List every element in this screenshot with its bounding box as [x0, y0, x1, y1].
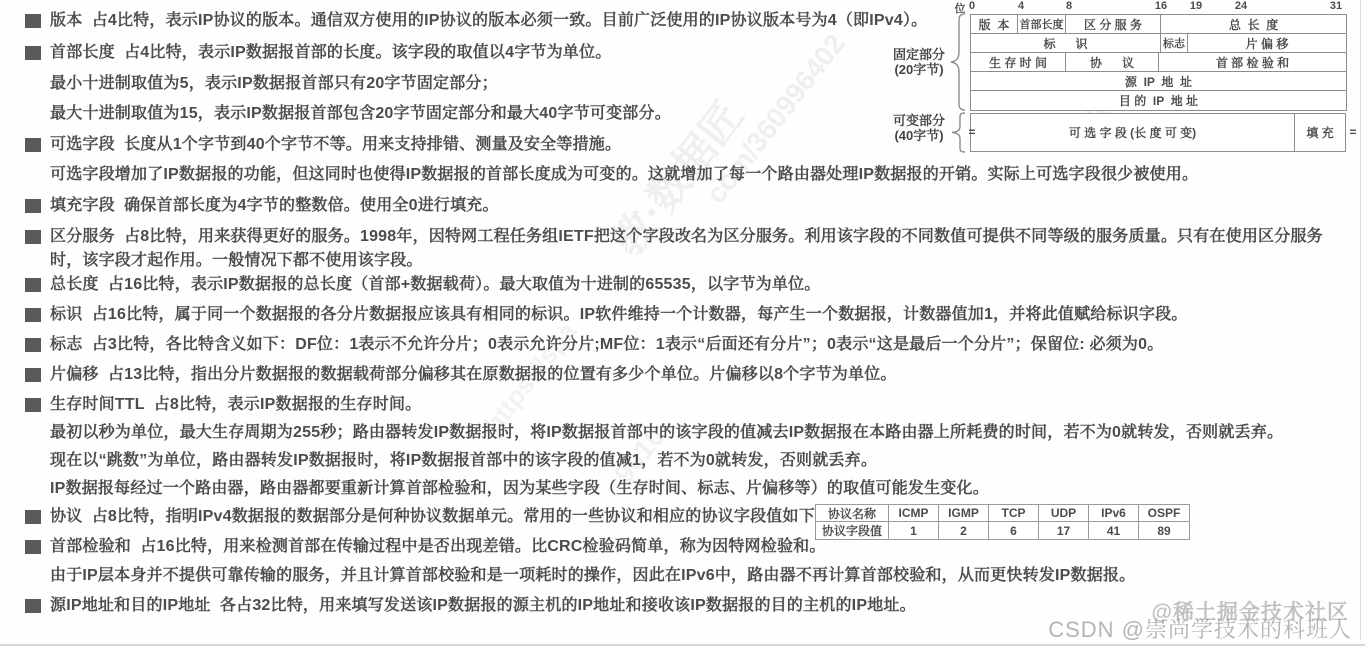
fixed-part-label: 固定部分 (20字节) [890, 47, 948, 77]
field-fragment-offset: 片 偏 移 [1188, 34, 1346, 52]
protocol-value-header: 协议字段值 [816, 522, 889, 539]
bullet-square-icon [25, 14, 41, 28]
line-text: 首部长度 占4比特，表示IP数据报首部的长度。该字段的取值以4字节为单位。 [50, 42, 611, 64]
bullet-line: 标志 占3比特，各比特含义如下：DF位：1表示不允许分片；0表示允许分片;MF位… [25, 334, 1163, 356]
bottom-divider [0, 644, 1365, 646]
header-row-4: 源 IP 地 址 [971, 72, 1346, 91]
protocol-value: 17 [1039, 522, 1089, 539]
fixed-part-label-text: 固定部分 [890, 47, 948, 62]
bullet-line: 源IP地址和目的IP地址 各占32比特，用来填写发送该IP数据报的源主机的IP地… [25, 595, 916, 617]
bullet-square-icon [25, 510, 41, 524]
protocol-name-header: 协议名称 [816, 505, 889, 522]
field-dest-ip: 目 的 IP 地 址 [971, 91, 1346, 110]
variable-part-brace-icon [950, 112, 966, 153]
variable-part-label-text: 可变部分 [890, 113, 948, 128]
protocol-table: 协议名称ICMPIGMPTCPUDPIPv6OSPF协议字段值126174189 [815, 504, 1190, 540]
line-text: IP数据报每经过一个路由器，路由器都要重新计算首部检验和，因为某些字段（生存时间… [50, 478, 989, 500]
bullet-square-icon [25, 368, 41, 382]
line-text: 最小十进制取值为5，表示IP数据报首部只有20字节固定部分； [50, 73, 498, 95]
bullet-square-icon [25, 338, 41, 352]
continuation-line: 最小十进制取值为5，表示IP数据报首部只有20字节固定部分； [25, 73, 498, 95]
field-version: 版 本 [971, 15, 1018, 33]
bit-tick-8: 8 [1066, 0, 1072, 12]
protocol-name: ICMP [889, 505, 939, 522]
protocol-value: 2 [939, 522, 989, 539]
header-row-1: 版 本 首部长度 区 分 服 务 总 长 度 [971, 15, 1346, 34]
field-source-ip: 源 IP 地 址 [971, 72, 1346, 90]
line-text: 最初以秒为单位，最大生存周期为255秒；路由器转发IP数据报时，将IP数据报首部… [50, 422, 1283, 444]
line-text: 源IP地址和目的IP地址 各占32比特，用来填写发送该IP数据报的源主机的IP地… [50, 595, 916, 617]
bullet-line: 区分服务 占8比特，用来获得更好的服务。1998年，因特网工程任务组IETF把这… [25, 226, 1323, 248]
bullet-square-icon [25, 308, 41, 322]
header-fixed-part-grid: 版 本 首部长度 区 分 服 务 总 长 度 标 识 标志 片 偏 移 生 存 … [970, 14, 1347, 111]
break-mark-left: = [968, 125, 975, 139]
line-text: 标识 占16比特，属于同一个数据报的各分片数据报应该具有相同的标识。IP软件维持… [50, 304, 1188, 326]
continuation-line: 最初以秒为单位，最大生存周期为255秒；路由器转发IP数据报时，将IP数据报首部… [25, 422, 1283, 444]
bit-tick-16: 16 [1155, 0, 1167, 12]
header-variable-part-row: 可 选 字 段 (长 度 可 变) 填 充 [970, 113, 1346, 152]
bullet-line: 填充字段 确保首部长度为4字节的整数倍。使用全0进行填充。 [25, 195, 499, 217]
bullet-square-icon [25, 599, 41, 613]
header-row-5: 目 的 IP 地 址 [971, 91, 1346, 110]
line-text: 现在以“跳数”为单位，路由器转发IP数据报时，将IP数据报首部中的该字段的值减1… [50, 450, 877, 472]
protocol-name: UDP [1039, 505, 1089, 522]
field-header-length: 首部长度 [1018, 15, 1066, 33]
protocol-value: 1 [889, 522, 939, 539]
protocol-value: 41 [1089, 522, 1139, 539]
continuation-line: 可选字段增加了IP数据报的功能，但这同时也使得IP数据报的首部长度成为可变的。这… [25, 164, 1198, 186]
bullet-square-icon [25, 540, 41, 554]
bullet-line: 首部长度 占4比特，表示IP数据报首部的长度。该字段的取值以4字节为单位。 [25, 42, 611, 64]
protocol-name: TCP [989, 505, 1039, 522]
bit-tick-4: 4 [1018, 0, 1024, 12]
line-text: 可选字段增加了IP数据报的功能，但这同时也使得IP数据报的首部长度成为可变的。这… [50, 164, 1198, 186]
fixed-part-size-text: (20字节) [890, 62, 948, 77]
bullet-line: 生存时间TTL 占8比特，表示IP数据报的生存时间。 [25, 394, 421, 416]
line-text: 片偏移 占13比特，指出分片数据报的数据载荷部分偏移其在原数据报的位置有多少个单… [50, 364, 897, 386]
variable-part-label: 可变部分 (40字节) [890, 113, 948, 143]
header-row-3: 生 存 时 间 协 议 首 部 检 验 和 [971, 53, 1346, 72]
line-text: 总长度 占16比特，表示IP数据报的总长度（首部+数据载荷）。最大取值为十进制的… [50, 274, 820, 296]
bit-tick-0: 0 [969, 0, 975, 12]
continuation-line: 最大十进制取值为15，表示IP数据报首部包含20字节固定部分和最大40字节可变部… [25, 103, 671, 125]
bullet-line: 协议 占8比特，指明IPv4数据报的数据部分是何种协议数据单元。常用的一些协议和… [25, 506, 831, 528]
variable-part-size-text: (40字节) [890, 128, 948, 143]
field-padding: 填 充 [1295, 114, 1345, 151]
bullet-square-icon [25, 46, 41, 60]
line-text: 生存时间TTL 占8比特，表示IP数据报的生存时间。 [50, 394, 421, 416]
field-dscp: 区 分 服 务 [1066, 15, 1161, 33]
bullet-square-icon [25, 230, 41, 244]
continuation-line: 由于IP层本身并不提供可靠传输的服务，并且计算首部校验和是一项耗时的操作，因此在… [25, 565, 1135, 587]
protocol-value: 89 [1139, 522, 1189, 539]
line-text: 区分服务 占8比特，用来获得更好的服务。1998年，因特网工程任务组IETF把这… [50, 226, 1323, 248]
field-flags: 标志 [1161, 34, 1188, 52]
line-text: 最大十进制取值为15，表示IP数据报首部包含20字节固定部分和最大40字节可变部… [50, 103, 671, 125]
line-text: 首部检验和 占16比特，用来检测首部在传输过程中是否出现差错。比CRC检验码简单… [50, 536, 826, 558]
break-mark-right: = [1349, 125, 1356, 139]
line-text: 填充字段 确保首部长度为4字节的整数倍。使用全0进行填充。 [50, 195, 499, 217]
bit-tick-24: 24 [1235, 0, 1247, 12]
field-options: 可 选 字 段 (长 度 可 变) [971, 114, 1295, 151]
bullet-square-icon [25, 398, 41, 412]
continuation-line: IP数据报每经过一个路由器，路由器都要重新计算首部检验和，因为某些字段（生存时间… [25, 478, 989, 500]
field-total-length: 总 长 度 [1161, 15, 1346, 33]
field-identification: 标 识 [971, 34, 1161, 52]
line-text: 时，该字段才起作用。一般情况下都不使用该字段。 [50, 250, 423, 272]
fixed-part-brace-icon [950, 13, 966, 111]
protocol-value: 6 [989, 522, 1039, 539]
header-row-2: 标 识 标志 片 偏 移 [971, 34, 1346, 53]
line-text: 由于IP层本身并不提供可靠传输的服务，并且计算首部校验和是一项耗时的操作，因此在… [50, 565, 1135, 587]
protocol-name: IPv6 [1089, 505, 1139, 522]
bullet-line: 版本 占4比特，表示IP协议的版本。通信双方使用的IP协议的版本必须一致。目前广… [25, 10, 927, 32]
csdn-watermark: CSDN @崇尚学技术的科班人 [1048, 613, 1352, 644]
protocol-name: IGMP [939, 505, 989, 522]
field-header-checksum: 首 部 检 验 和 [1159, 53, 1346, 71]
bullet-line: 首部检验和 占16比特，用来检测首部在传输过程中是否出现差错。比CRC检验码简单… [25, 536, 826, 558]
bullet-line: 可选字段 长度从1个字节到40个字节不等。用来支持排错、测量及安全等措施。 [25, 134, 621, 156]
bullet-line: 标识 占16比特，属于同一个数据报的各分片数据报应该具有相同的标识。IP软件维持… [25, 304, 1188, 326]
bit-tick-31: 31 [1330, 0, 1342, 12]
continuation-line: 时，该字段才起作用。一般情况下都不使用该字段。 [25, 250, 423, 272]
bullet-line: 片偏移 占13比特，指出分片数据报的数据载荷部分偏移其在原数据报的位置有多少个单… [25, 364, 897, 386]
bullet-line: 总长度 占16比特，表示IP数据报的总长度（首部+数据载荷）。最大取值为十进制的… [25, 274, 820, 296]
bit-tick-19: 19 [1190, 0, 1202, 12]
field-ttl: 生 存 时 间 [971, 53, 1066, 71]
protocol-name: OSPF [1139, 505, 1189, 522]
right-edge-line [1360, 0, 1361, 640]
line-text: 协议 占8比特，指明IPv4数据报的数据部分是何种协议数据单元。常用的一些协议和… [50, 506, 831, 528]
line-text: 版本 占4比特，表示IP协议的版本。通信双方使用的IP协议的版本必须一致。目前广… [50, 10, 927, 32]
bullet-square-icon [25, 278, 41, 292]
line-text: 标志 占3比特，各比特含义如下：DF位：1表示不允许分片；0表示允许分片;MF位… [50, 334, 1163, 356]
page: 教·数据匠com/360996402edu.chttps://spa9010 版… [0, 0, 1365, 649]
bullet-square-icon [25, 138, 41, 152]
field-protocol: 协 议 [1066, 53, 1159, 71]
continuation-line: 现在以“跳数”为单位，路由器转发IP数据报时，将IP数据报首部中的该字段的值减1… [25, 450, 877, 472]
line-text: 可选字段 长度从1个字节到40个字节不等。用来支持排错、测量及安全等措施。 [50, 134, 621, 156]
bullet-square-icon [25, 199, 41, 213]
